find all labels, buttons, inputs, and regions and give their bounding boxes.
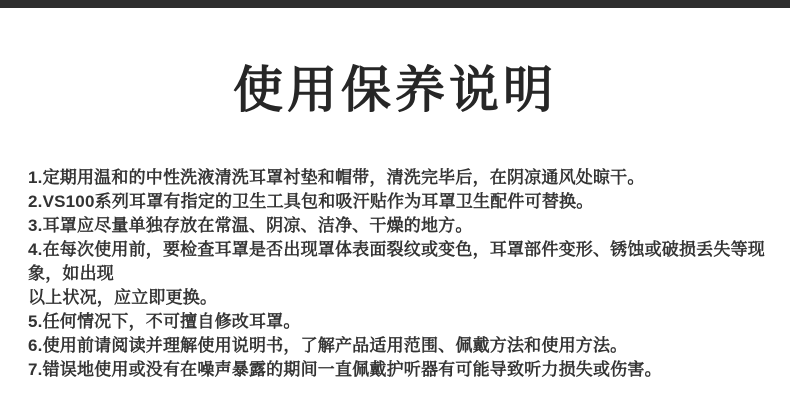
top-border-bar xyxy=(0,0,790,8)
instruction-item-1: 1.定期用温和的中性洗液清洗耳罩衬垫和帽带，清洗完毕后，在阴凉通风处晾干。 xyxy=(28,166,768,190)
instruction-page: 使用保养说明 1.定期用温和的中性洗液清洗耳罩衬垫和帽带，清洗完毕后，在阴凉通风… xyxy=(0,0,790,410)
instruction-item-5: 5.任何情况下，不可擅自修改耳罩。 xyxy=(28,310,768,334)
instruction-list: 1.定期用温和的中性洗液清洗耳罩衬垫和帽带，清洗完毕后，在阴凉通风处晾干。 2.… xyxy=(28,166,768,382)
instruction-item-6: 6.使用前请阅读并理解使用说明书，了解产品适用范围、佩戴方法和使用方法。 xyxy=(28,334,768,358)
instruction-item-7: 7.错误地使用或没有在噪声暴露的期间一直佩戴护听器有可能导致听力损失或伤害。 xyxy=(28,358,768,382)
instruction-item-2: 2.VS100系列耳罩有指定的卫生工具包和吸汗贴作为耳罩卫生配件可替换。 xyxy=(28,190,768,214)
instruction-item-3: 3.耳罩应尽量单独存放在常温、阴凉、洁净、干燥的地方。 xyxy=(28,214,768,238)
instruction-item-4: 4.在每次使用前，要检查耳罩是否出现罩体表面裂纹或变色，耳罩部件变形、锈蚀或破损… xyxy=(28,238,768,310)
page-title: 使用保养说明 xyxy=(0,62,790,120)
